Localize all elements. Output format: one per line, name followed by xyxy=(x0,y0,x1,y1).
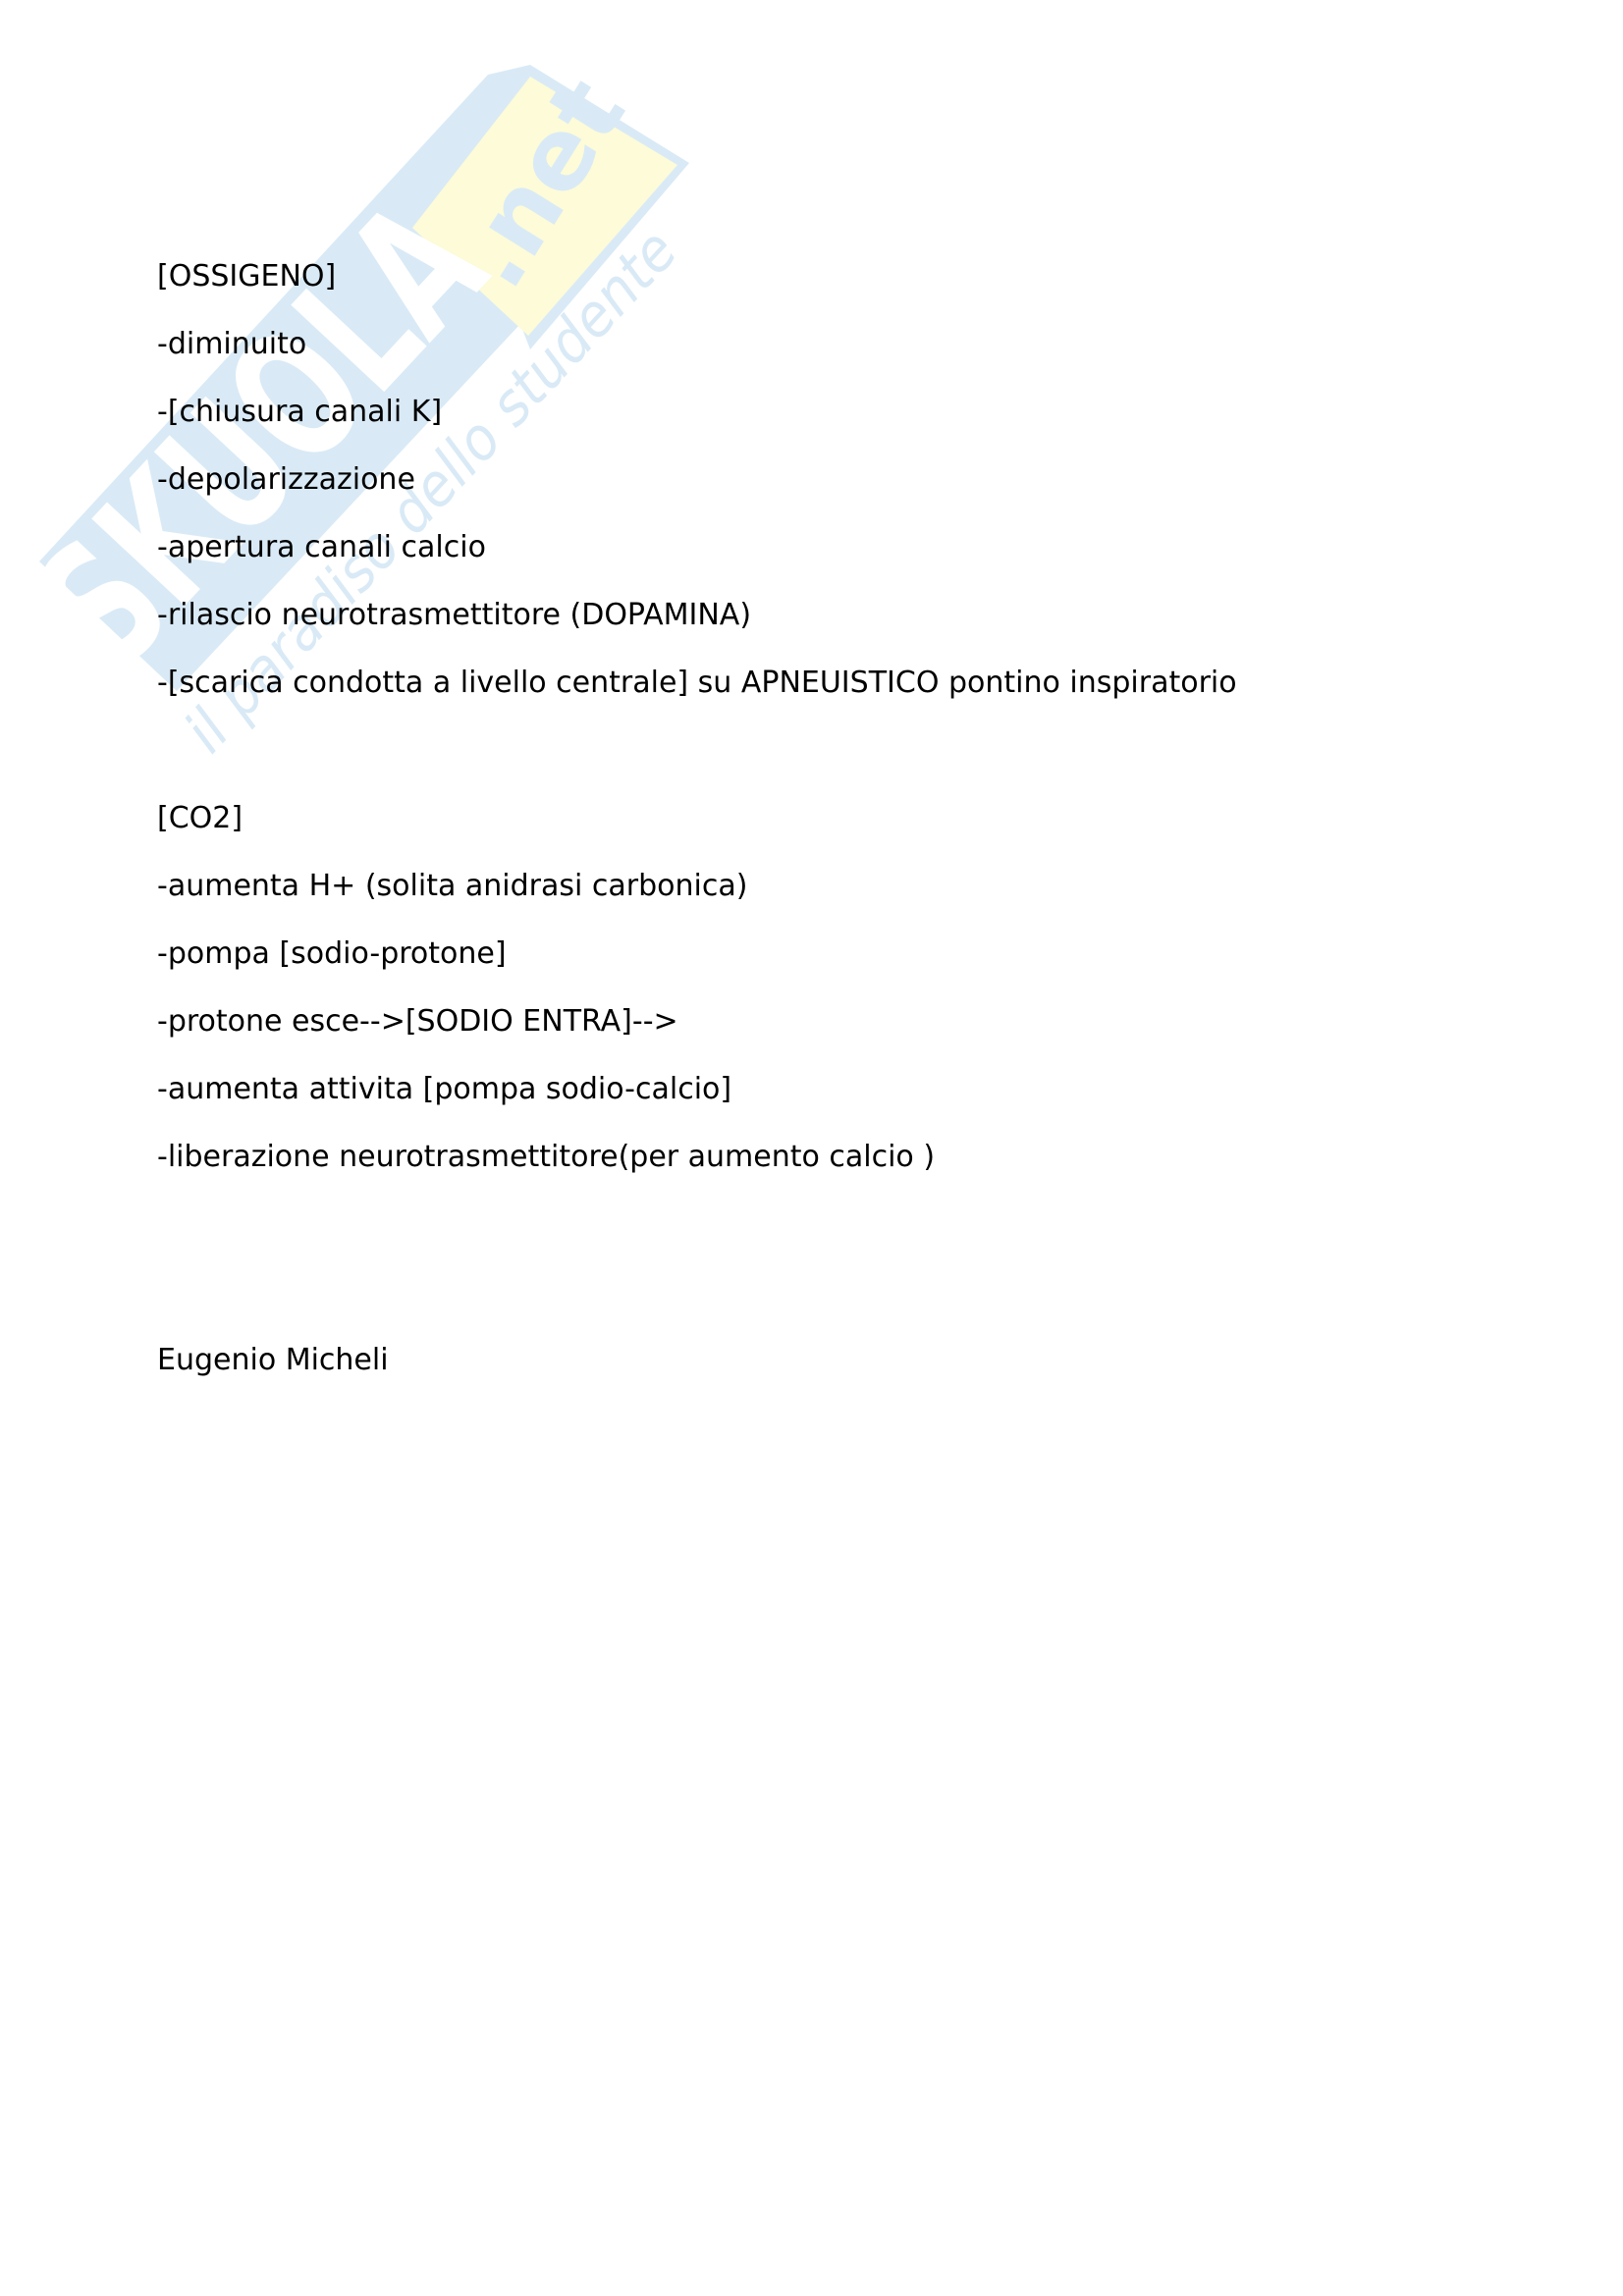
document-line: -[chiusura canali K] xyxy=(157,378,1237,446)
document-line: -pompa [sodio-protone] xyxy=(157,920,1237,988)
document-line: -protone esce-->[SODIO ENTRA]--> xyxy=(157,988,1237,1055)
document-line: -aumenta attivita [pompa sodio-calcio] xyxy=(157,1055,1237,1123)
document-line: -apertura canali calcio xyxy=(157,513,1237,581)
document-line: [OSSIGENO] xyxy=(157,242,1237,310)
document-line xyxy=(157,1191,1237,1258)
document-line: -[scarica condotta a livello centrale] s… xyxy=(157,649,1237,717)
document-line: Eugenio Micheli xyxy=(157,1326,1237,1394)
document-line: -liberazione neurotrasmettitore(per aume… xyxy=(157,1123,1237,1191)
document-line: -diminuito xyxy=(157,310,1237,378)
document-line: [CO2] xyxy=(157,784,1237,852)
document-line xyxy=(157,1258,1237,1326)
document-line: -rilascio neurotrasmettitore (DOPAMINA) xyxy=(157,581,1237,649)
document-line: -aumenta H+ (solita anidrasi carbonica) xyxy=(157,852,1237,920)
document-line: -depolarizzazione xyxy=(157,446,1237,513)
document-line xyxy=(157,717,1237,784)
document-body: [OSSIGENO]-diminuito-[chiusura canali K]… xyxy=(157,242,1237,1394)
